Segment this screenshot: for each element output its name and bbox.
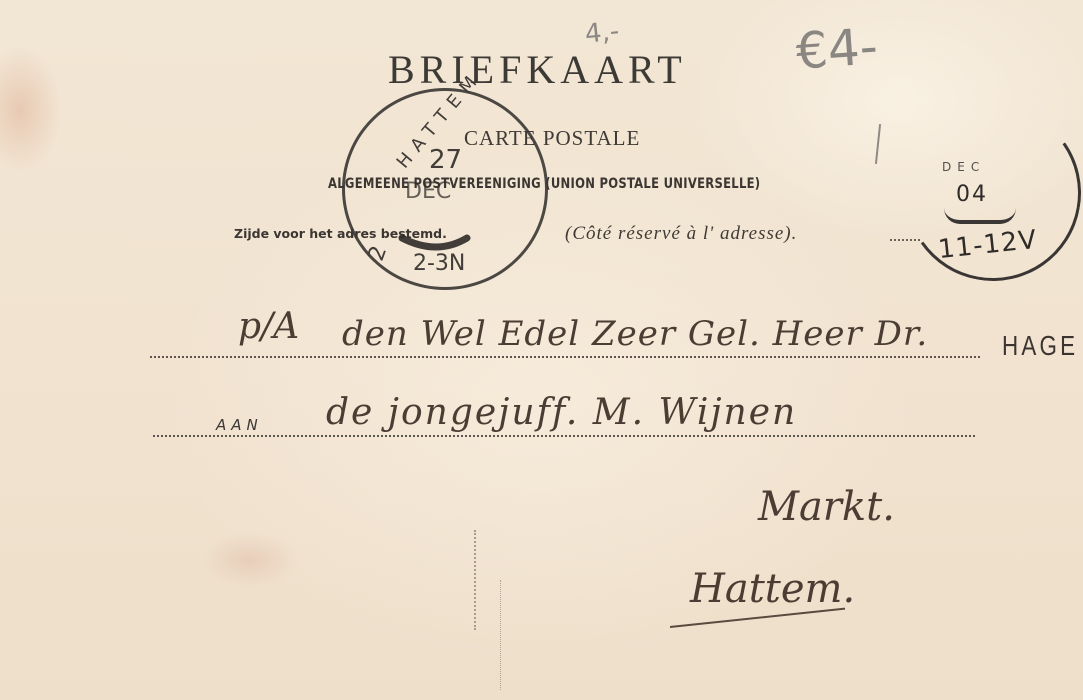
address-side-label-fr: (Côté réservé à l' adresse). xyxy=(565,223,797,245)
faint-dotted-mark xyxy=(500,580,501,690)
postcard: BRIEFKAART CARTE POSTALE ALGEMEENE POSTV… xyxy=(0,0,1083,700)
postmark-right-month: DEC xyxy=(942,160,985,174)
pencil-euro-price: €4- xyxy=(794,17,880,81)
address-care-of: p/A xyxy=(238,306,299,347)
postmark-left: HATTEM 27 DEC 2 2-3N xyxy=(342,88,548,290)
dotted-trail xyxy=(890,239,920,241)
address-line-1-rule xyxy=(150,356,980,358)
address-line-3: Markt. xyxy=(758,484,895,530)
postmark-time: 2-3N xyxy=(413,251,465,276)
postmark-month: DEC xyxy=(405,179,451,204)
postmark-right-year: 04 xyxy=(956,182,988,207)
address-line-4: Hattem. xyxy=(690,566,855,612)
faint-dotted-mark xyxy=(474,530,476,630)
postcard-heading: BRIEFKAART xyxy=(388,46,687,93)
pencil-stroke xyxy=(875,124,881,164)
address-line-2: de jongejuff. M. Wijnen xyxy=(326,392,797,433)
postmark-right-arc xyxy=(944,208,1016,224)
address-aan-label: AAN xyxy=(216,416,263,434)
postmark-day: 27 xyxy=(429,145,462,175)
pencil-price-mark: 4,- xyxy=(584,16,621,49)
address-name-hage: HAGE xyxy=(1002,330,1078,362)
address-line-1: den Wel Edel Zeer Gel. Heer Dr. xyxy=(342,314,928,354)
address-line-2-rule xyxy=(153,435,975,437)
